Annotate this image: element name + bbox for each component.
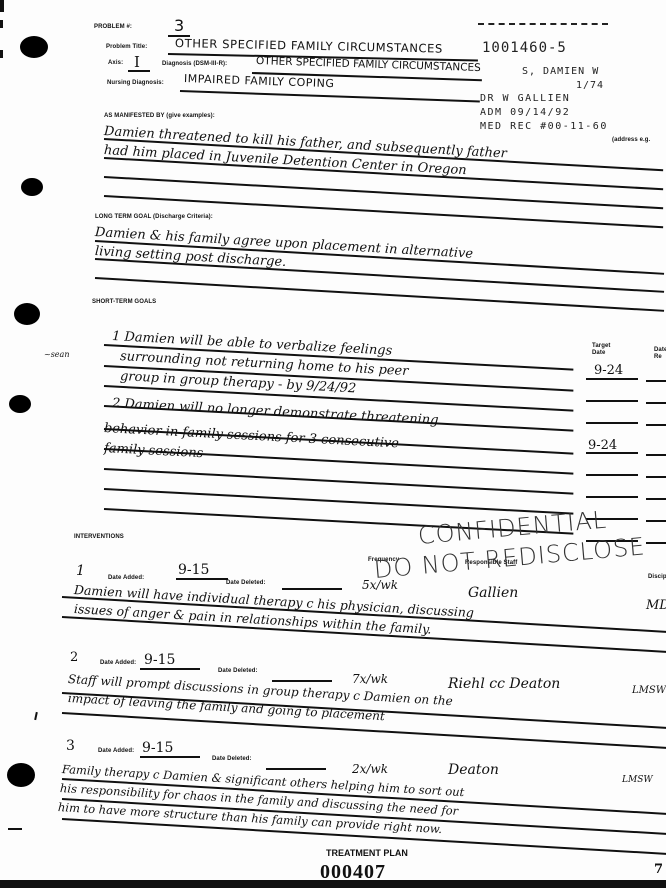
intervention-1-number: 1 [76, 563, 85, 579]
patient-dob: 1/74 [576, 80, 604, 91]
long-term-goal-label: LONG TERM GOAL (Discharge Criteria): [95, 214, 213, 220]
goal-1-target-date: 9-24 [594, 363, 623, 378]
rule [95, 258, 664, 293]
interventions-label: INTERVENTIONS [74, 534, 124, 540]
intervention-3-date-added-label: Date Added: [98, 748, 134, 754]
rule [646, 380, 666, 382]
intervention-1-date-added: 9-15 [178, 562, 209, 578]
document-number: 000407 [320, 861, 386, 884]
rule [140, 756, 200, 758]
intervention-2-date-deleted-label: Date Deleted: [218, 668, 258, 674]
dashed-marks [478, 23, 608, 25]
discipline-label: Discip [648, 574, 666, 580]
rule [140, 668, 200, 670]
patient-id: 1001460-5 [482, 40, 567, 56]
scan-mark [0, 20, 3, 28]
margin-tick [34, 712, 37, 720]
target-date-label: Target Date [592, 343, 616, 357]
rule [586, 452, 638, 454]
patient-doctor: DR W GALLIEN [480, 93, 570, 104]
intervention-2-number: 2 [70, 650, 78, 665]
rule [104, 448, 573, 475]
intervention-2-date-added: 9-15 [144, 652, 175, 668]
intervention-2-discipline: LMSW [632, 685, 666, 696]
diagnosis-label: Diagnosis (DSM-III-R): [162, 61, 227, 67]
patient-admit-date: ADM 09/14/92 [480, 107, 570, 118]
date-resolved-label: Date Re [654, 347, 666, 361]
page-fragment: 7 [654, 862, 663, 877]
axis-value: I [134, 53, 140, 71]
axis-label: Axis: [108, 60, 123, 66]
rule [586, 400, 638, 402]
intervention-3-date-added: 9-15 [142, 740, 173, 756]
rule [176, 578, 228, 580]
intervention-2-date-added-label: Date Added: [100, 660, 136, 666]
binder-hole [9, 395, 31, 413]
form-title: TREATMENT PLAN [326, 848, 408, 858]
axis-underline [128, 70, 150, 72]
binder-hole [14, 303, 40, 325]
rule [282, 588, 342, 590]
rule [586, 496, 638, 498]
margin-note: ~sean [44, 350, 69, 359]
problem-number-label: PROBLEM #: [94, 24, 132, 30]
short-term-goals-label: SHORT-TERM GOALS [92, 299, 156, 305]
rule [646, 542, 666, 544]
treatment-plan-page: PROBLEM #: 3 Problem Title: OTHER SPECIF… [0, 0, 666, 888]
patient-name: S, DAMIEN W [522, 66, 599, 77]
intervention-1-discipline: MD [646, 598, 666, 613]
intervention-2-frequency: 7x/wk [352, 672, 388, 686]
intervention-3-date-deleted-label: Date Deleted: [212, 756, 252, 762]
intervention-3-number: 3 [66, 738, 75, 754]
rule [104, 195, 663, 228]
nursing-diagnosis-label: Nursing Diagnosis: [107, 80, 164, 86]
nursing-diagnosis-underline [180, 90, 480, 102]
rule [646, 520, 666, 522]
rule [646, 402, 666, 404]
rule [646, 498, 666, 500]
rule [646, 476, 666, 478]
intervention-1-staff: Gallien [468, 585, 518, 601]
rule [95, 277, 664, 312]
binder-hole [7, 763, 35, 787]
intervention-3-staff: Deaton [448, 762, 499, 778]
rule [586, 422, 638, 424]
problem-title-label: Problem Title: [106, 44, 147, 50]
rule [646, 454, 666, 456]
intervention-1-date-added-label: Date Added: [108, 575, 144, 581]
intervention-3-discipline: LMSW [622, 775, 653, 785]
intervention-2-staff: Riehl cc Deaton [448, 676, 560, 692]
problem-title-value: OTHER SPECIFIED FAMILY CIRCUMSTANCES [175, 36, 443, 56]
goal-2-target-date: 9-24 [588, 438, 617, 453]
manifested-label: AS MANIFESTED BY (give examples): [104, 113, 215, 119]
rule [586, 474, 638, 476]
rule [586, 378, 638, 380]
patient-med-rec: MED REC #00-11-60 [480, 121, 608, 132]
intervention-3-frequency: 2x/wk [352, 762, 388, 776]
binder-hole [21, 178, 43, 196]
rule [104, 488, 573, 515]
manifested-right-label: (address e.g. [612, 137, 650, 143]
scan-mark [0, 0, 4, 12]
binder-hole [20, 36, 48, 58]
scan-mark [0, 50, 3, 58]
rule [272, 680, 332, 682]
rule [646, 424, 666, 426]
margin-dash [8, 828, 22, 830]
intervention-1-date-deleted-label: Date Deleted: [226, 580, 266, 586]
rule [104, 176, 663, 209]
rule [266, 768, 326, 770]
problem-number-value: 3 [174, 16, 184, 35]
rule [104, 468, 573, 495]
